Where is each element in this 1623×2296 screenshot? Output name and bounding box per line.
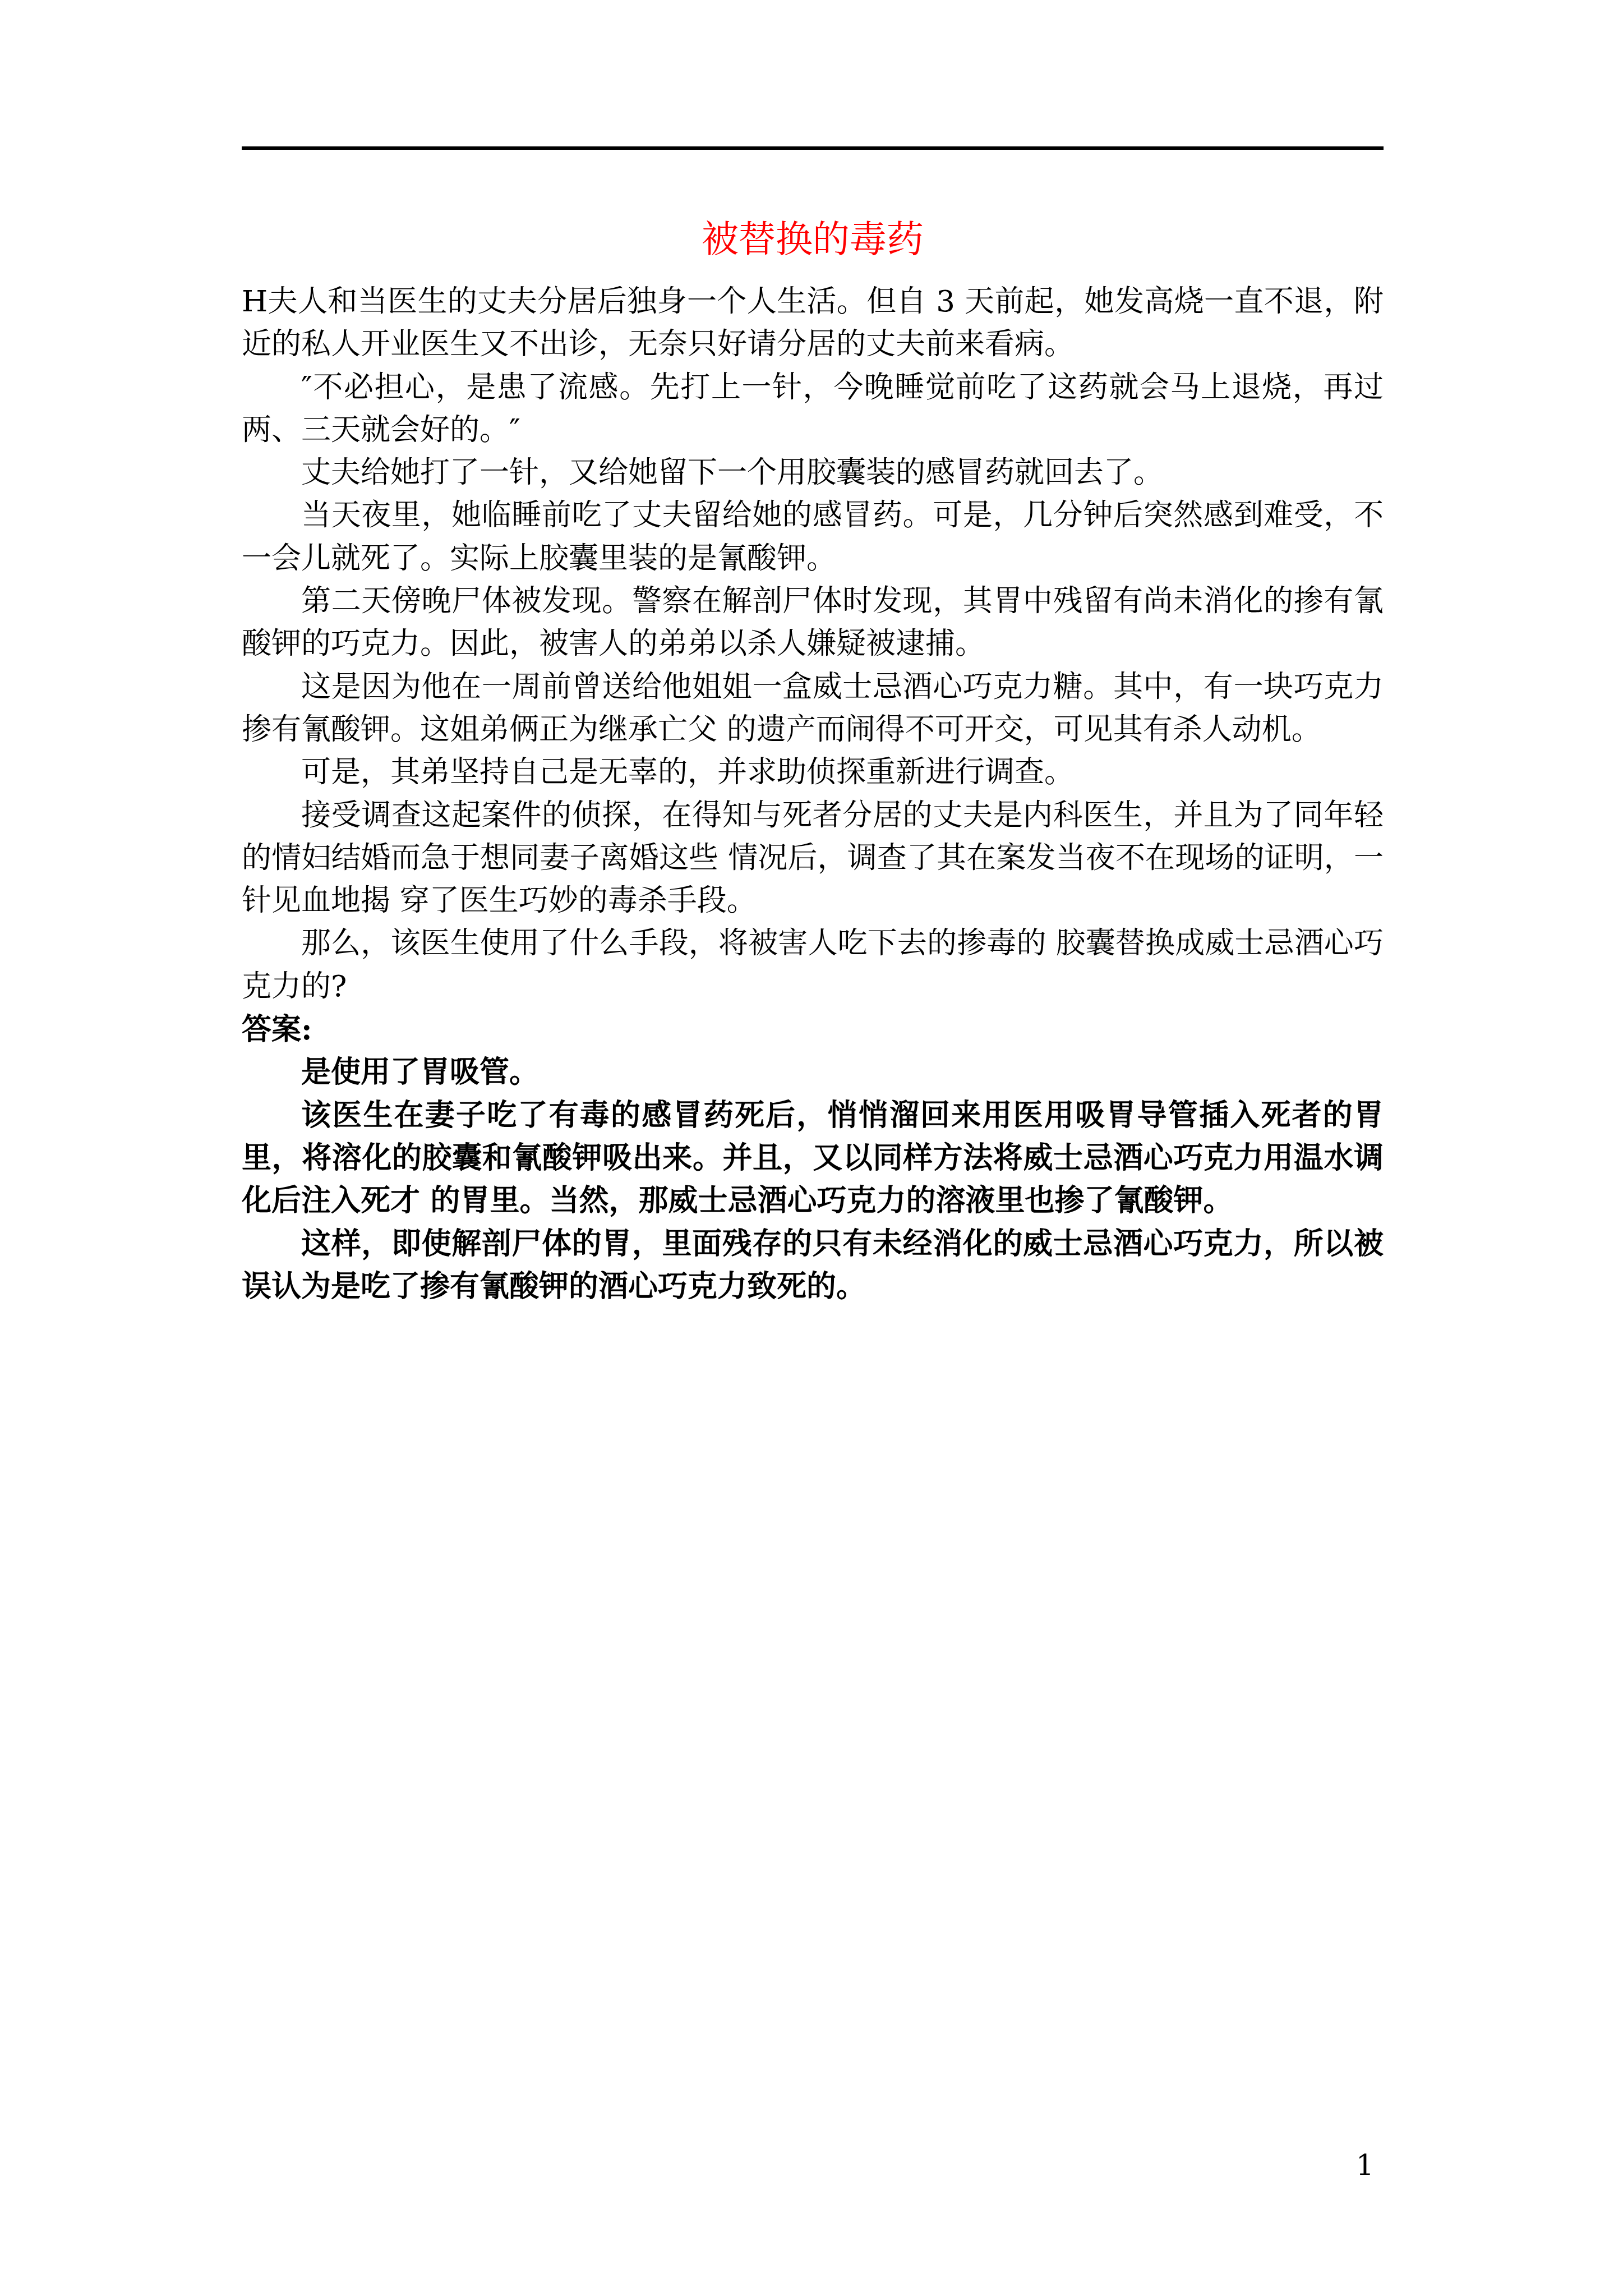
paragraph: H夫人和当医生的丈夫分居后独身一个人生活。但自 3 天前起，她发高烧一直不退，附… bbox=[242, 280, 1384, 366]
paragraph: 答案: bbox=[242, 1008, 1384, 1051]
document-body: H夫人和当医生的丈夫分居后独身一个人生活。但自 3 天前起，她发高烧一直不退，附… bbox=[242, 280, 1384, 1308]
document-page: 被替换的毒药 H夫人和当医生的丈夫分居后独身一个人生活。但自 3 天前起，她发高… bbox=[0, 0, 1623, 2296]
paragraph: 当天夜里，她临睡前吃了丈夫留给她的感冒药。可是，几分钟后突然感到难受，不一会儿就… bbox=[242, 494, 1384, 580]
paragraph: 该医生在妻子吃了有毒的感冒药死后，悄悄溜回来用医用吸胃导管插入死者的胃里，将溶化… bbox=[242, 1094, 1384, 1222]
paragraph: 这样，即使解剖尸体的胃，里面残存的只有未经消化的威士忌酒心巧克力，所以被误认为是… bbox=[242, 1222, 1384, 1308]
paragraph: 那么，该医生使用了什么手段，将被害人吃下去的掺毒的 胶囊替换成威士忌酒心巧克力的… bbox=[242, 922, 1384, 1008]
paragraph: 是使用了胃吸管。 bbox=[242, 1051, 1384, 1093]
paragraph: 可是，其弟坚持自己是无辜的，并求助侦探重新进行调查。 bbox=[242, 751, 1384, 794]
paragraph: ″不必担心，是患了流感。先打上一针，今晚睡觉前吃了这药就会马上退烧，再过两、三天… bbox=[242, 366, 1384, 452]
paragraph: 这是因为他在一周前曾送给他姐姐一盒威士忌酒心巧克力糖。其中，有一块巧克力掺有氰酸… bbox=[242, 666, 1384, 752]
header-rule bbox=[242, 146, 1384, 150]
paragraph: 第二天傍晚尸体被发现。警察在解剖尸体时发现，其胃中残留有尚未消化的掺有氰酸钾的巧… bbox=[242, 580, 1384, 666]
paragraph: 接受调查这起案件的侦探，在得知与死者分居的丈夫是内科医生，并且为了同年轻的情妇结… bbox=[242, 794, 1384, 923]
paragraph: 丈夫给她打了一针，又给她留下一个用胶囊装的感冒药就回去了。 bbox=[242, 452, 1384, 494]
page-number: 1 bbox=[1356, 2148, 1374, 2182]
document-title: 被替换的毒药 bbox=[242, 214, 1384, 265]
